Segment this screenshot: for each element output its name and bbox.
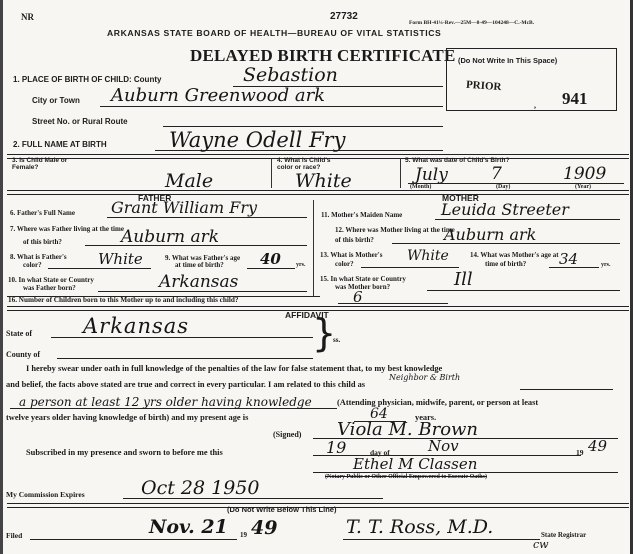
registrar-initials: cw xyxy=(533,538,549,551)
children-count-value: 6 xyxy=(353,288,363,306)
state-value: Arkansas xyxy=(83,314,189,338)
father-age-value: 40 xyxy=(260,250,281,268)
mother-age-value: 34 xyxy=(559,250,578,268)
oath-text-2: and belief, the facts above stated are t… xyxy=(6,380,365,389)
mother-residence-value: Auburn ark xyxy=(444,225,536,244)
prior-stamp: PRIOR xyxy=(466,79,502,93)
form-number: Form BH-41¼-Rev.—25M—8-49—104248—C.-McB. xyxy=(409,20,534,26)
full-name-value: Wayne Odell Fry xyxy=(169,128,345,152)
delayed-birth-certificate: NR 27732 Form BH-41¼-Rev.—25M—8-49—10424… xyxy=(0,0,633,554)
sworn-month: Nov xyxy=(428,437,459,455)
father-birthplace-label: 10. In what State or Country xyxy=(8,276,94,284)
relation-annotation: Neighbor & Birth xyxy=(389,373,460,382)
filed-date: Nov. 21 xyxy=(149,516,228,538)
sex-label: 3. Is Child Male or Female? xyxy=(12,157,92,171)
father-color-label: 8. What is Father's xyxy=(10,254,67,261)
nr-mark: NR xyxy=(21,12,34,22)
oath-text-1: I hereby swear under oath in full knowle… xyxy=(26,364,442,373)
ss-mark: ss. xyxy=(333,336,340,344)
race-label: 4. What is Child's color or race? xyxy=(277,157,347,171)
mother-name-label: 11. Mother's Maiden Name xyxy=(321,211,402,219)
sex-value: Male xyxy=(165,170,213,192)
father-name-label: 6. Father's Full Name xyxy=(10,209,75,217)
relation-value: a person at least 12 yrs older having kn… xyxy=(19,395,312,409)
commission-date: Oct 28 1950 xyxy=(141,477,259,499)
race-value: White xyxy=(295,170,352,192)
registrar-label: State Registrar xyxy=(541,531,586,539)
mother-name-value: Leuida Streeter xyxy=(441,200,569,219)
children-count-label: 16. Number of Children born to this Moth… xyxy=(8,296,238,304)
mother-color-value: White xyxy=(407,248,449,264)
dob-month: July xyxy=(415,165,448,185)
oath-text-3: (Attending physician, midwife, parent, o… xyxy=(337,398,538,407)
filed-year: 49 xyxy=(251,517,277,539)
certificate-title: DELAYED BIRTH CERTIFICATE xyxy=(190,46,455,66)
street-label: Street No. or Rural Route xyxy=(32,117,128,126)
notary-signature: Ethel M Classen xyxy=(353,455,477,473)
mother-birthplace-value: Ill xyxy=(454,269,473,290)
state-label: State of xyxy=(6,329,32,338)
prior-number: 941 xyxy=(562,89,588,109)
subscribed-label: Subscribed in my presence and sworn to b… xyxy=(26,448,223,457)
agency-heading: ARKANSAS STATE BOARD OF HEALTH—BUREAU OF… xyxy=(107,28,441,38)
mother-residence-label: 12. Where was Mother living at the time xyxy=(335,226,455,234)
office-use-label: (Do Not Write In This Space) xyxy=(458,56,557,65)
office-divider-label: (Do Not Write Below This Line) xyxy=(227,505,336,514)
commission-label: My Commission Expires xyxy=(6,490,85,499)
serial-number: 27732 xyxy=(330,11,358,22)
dob-label: 5. What was date of Child's Birth? xyxy=(405,157,509,164)
office-use-box: (Do Not Write In This Space) PRIOR , 941 xyxy=(446,48,617,111)
notary-caption: (Notary Public or Other Official Empower… xyxy=(325,474,487,480)
city-value: Auburn Greenwood ark xyxy=(111,85,325,106)
mother-age-label: 14. What was Mother's age at xyxy=(470,251,559,259)
oath-text-4: twelve years older having knowledge of b… xyxy=(6,413,248,422)
sworn-year: 49 xyxy=(588,437,607,455)
dob-year: 1909 xyxy=(563,164,606,184)
registrar-signature: T. T. Ross, M.D. xyxy=(346,516,493,538)
father-name-value: Grant William Fry xyxy=(111,198,257,217)
mother-color-label: 13. What is Mother's xyxy=(320,251,382,259)
county-label: County of xyxy=(6,350,40,359)
father-color-value: White xyxy=(98,250,143,268)
father-residence-value: Auburn ark xyxy=(121,227,219,247)
dob-day: 7 xyxy=(491,164,502,184)
father-birthplace-value: Arkansas xyxy=(159,272,238,292)
full-name-label: 2. FULL NAME AT BIRTH xyxy=(13,140,107,149)
city-label: City or Town xyxy=(32,96,80,105)
signed-label: (Signed) xyxy=(273,430,301,439)
county-value: Sebastion xyxy=(243,64,338,86)
father-residence-label: 7. Where was Father living at the time xyxy=(10,225,124,233)
place-of-birth-label: 1. PLACE OF BIRTH OF CHILD: County xyxy=(13,75,161,84)
sworn-day: 19 xyxy=(326,438,346,457)
filed-label: Filed xyxy=(6,531,22,540)
mother-birthplace-label: 15. In what State or Country xyxy=(320,275,406,283)
